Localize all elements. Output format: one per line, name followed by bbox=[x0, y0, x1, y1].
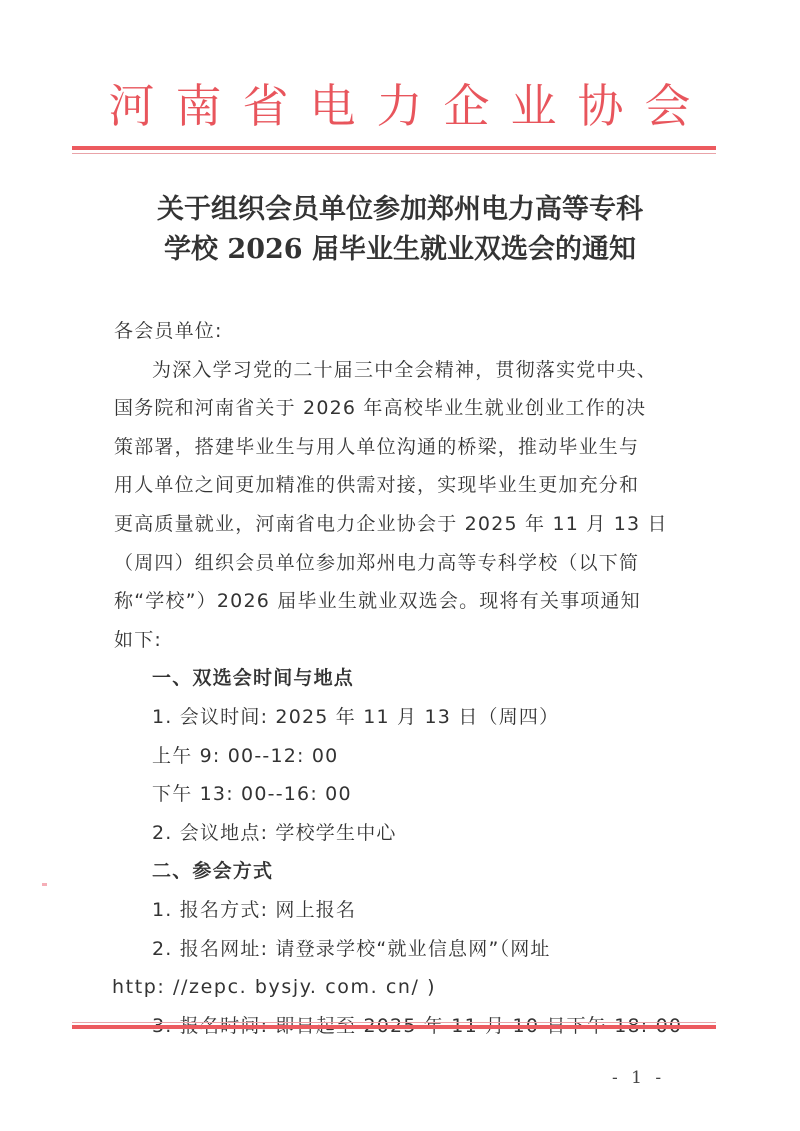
paragraph-line: 为深入学习党的二十届三中全会精神，贯彻落实党中央、 bbox=[114, 351, 688, 390]
letterhead-red-rule-thin bbox=[72, 153, 716, 154]
paragraph-line: 用人单位之间更加精准的供需对接，实现毕业生更加充分和 bbox=[114, 466, 688, 505]
document-body: 各会员单位: 为深入学习党的二十届三中全会精神，贯彻落实党中央、 国务院和河南省… bbox=[114, 312, 688, 1045]
section-heading-participation: 二、参会方式 bbox=[114, 852, 688, 891]
page-number: - 1 - bbox=[612, 1068, 665, 1088]
letterhead-red-rule-thick bbox=[72, 146, 716, 150]
title-line-2: 学校 2026 届毕业生就业双选会的通知 bbox=[0, 230, 800, 270]
paragraph-line: 称“学校”）2026 届毕业生就业双选会。现将有关事项通知 bbox=[114, 582, 688, 621]
document-title: 关于组织会员单位参加郑州电力高等专科 学校 2026 届毕业生就业双选会的通知 bbox=[0, 190, 800, 270]
margin-mark bbox=[42, 883, 47, 886]
meeting-time: 1. 会议时间: 2025 年 11 月 13 日（周四） bbox=[114, 698, 688, 737]
paragraph-line: （周四）组织会员单位参加郑州电力高等专科学校（以下简 bbox=[114, 544, 688, 583]
registration-url-link[interactable]: http: //zepc. bysjy. com. cn/ ) bbox=[112, 968, 688, 1007]
organization-letterhead: 河南省电力企业协会 bbox=[0, 78, 800, 134]
paragraph-line: 策部署，搭建毕业生与用人单位沟通的桥梁，推动毕业生与 bbox=[114, 428, 688, 467]
paragraph-line: 如下: bbox=[114, 621, 688, 660]
salutation: 各会员单位: bbox=[114, 312, 688, 351]
section-heading-time-location: 一、双选会时间与地点 bbox=[114, 659, 688, 698]
title-line-1: 关于组织会员单位参加郑州电力高等专科 bbox=[0, 190, 800, 230]
meeting-location: 2. 会议地点: 学校学生中心 bbox=[114, 814, 688, 853]
paragraph-line: 更高质量就业，河南省电力企业协会于 2025 年 11 月 13 日 bbox=[114, 505, 688, 544]
footer-red-rule-thin bbox=[72, 1022, 716, 1023]
afternoon-session: 下午 13: 00--16: 00 bbox=[114, 775, 688, 814]
document-page: 河南省电力企业协会 关于组织会员单位参加郑州电力高等专科 学校 2026 届毕业… bbox=[0, 0, 800, 1131]
paragraph-line: 国务院和河南省关于 2026 年高校毕业生就业创业工作的决 bbox=[114, 389, 688, 428]
registration-website: 2. 报名网址: 请登录学校“就业信息网”（网址 bbox=[114, 930, 688, 969]
footer-red-rule-thick bbox=[72, 1025, 716, 1029]
registration-method: 1. 报名方式: 网上报名 bbox=[114, 891, 688, 930]
morning-session: 上午 9: 00--12: 00 bbox=[114, 737, 688, 776]
